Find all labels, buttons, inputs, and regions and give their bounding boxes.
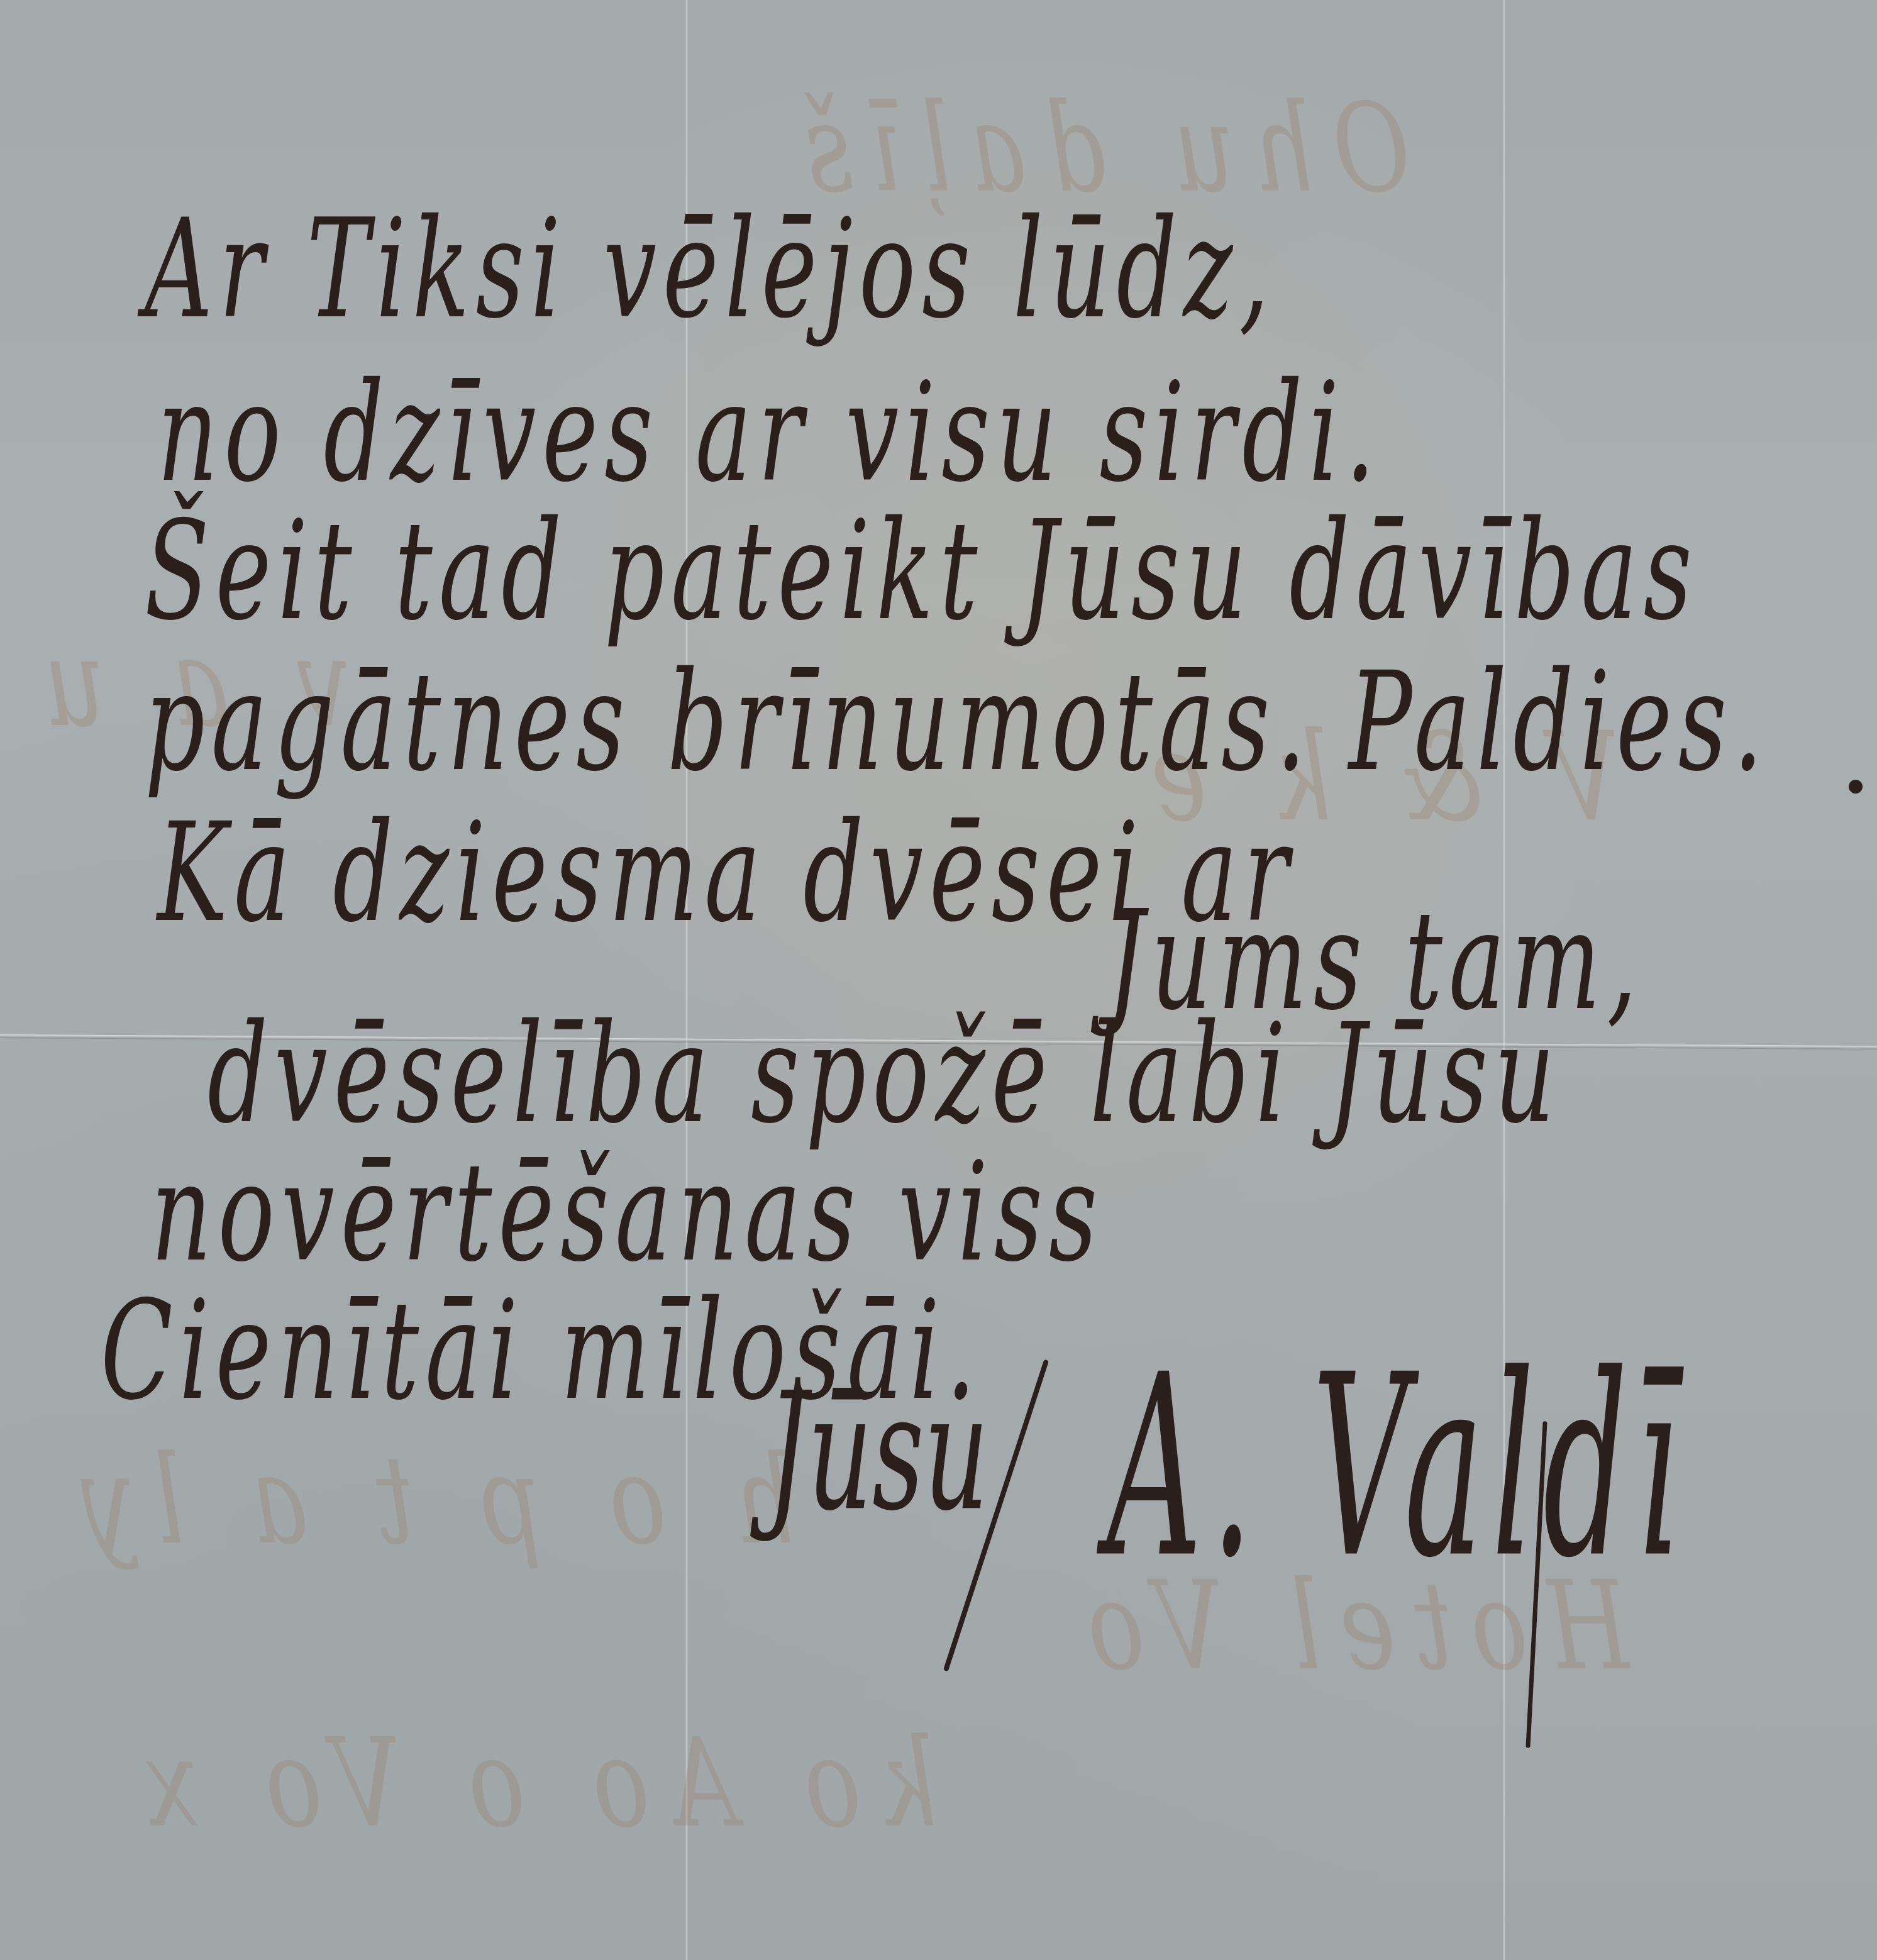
letter-paper: Ohu daļīš v a u V & k e h o p t a ly Hot…: [0, 0, 1877, 1960]
bleed-through-text: ko Ao o Vo x: [126, 1713, 937, 1855]
letter-line-3: Šeit tad pateikt Jūsu dāvības: [145, 503, 1698, 640]
letter-line-7: dvēselība spožē labi Jūsu: [208, 1006, 1561, 1143]
letter-line-1: Ar Tiksi vēlējos lūdz,: [145, 201, 1275, 338]
letter-line-4: pagātnes brīnumotās. Paldies.: [145, 654, 1769, 791]
letter-closing: Jūsu: [767, 1358, 988, 1546]
signature: A. Valdī: [1107, 1321, 1688, 1614]
ink-dot: [1849, 780, 1863, 794]
letter-line-8: novērtēšanas viss: [151, 1144, 1104, 1282]
letter-line-2: no dzīves ar visu sirdi.: [157, 365, 1381, 502]
